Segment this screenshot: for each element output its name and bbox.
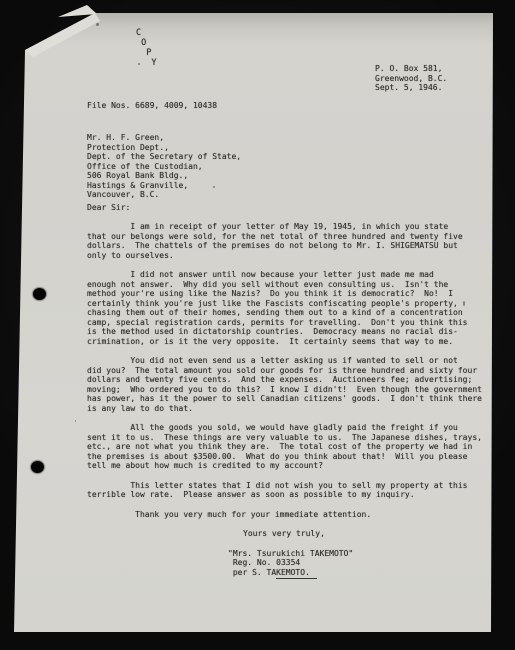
letter-body: I am in receipt of your letter of May 19… bbox=[87, 222, 491, 577]
paragraph-1: I am in receipt of your letter of May 19… bbox=[87, 222, 491, 260]
hole-punch-top bbox=[33, 288, 46, 300]
salutation: Dear Sir: bbox=[87, 203, 130, 213]
paragraph-5: This letter states that I did not wish y… bbox=[87, 481, 491, 500]
recipient-address: Mr. H. F. Green, Protection Dept., Dept.… bbox=[87, 133, 241, 200]
closing-phrase: Yours very truly, bbox=[243, 529, 491, 539]
return-address: P. O. Box 581, Greenwood, B.C. Sept. 5, … bbox=[375, 64, 447, 93]
signature-block: "Mrs. Tsurukichi TAKEMOTO" Reg. No. 0335… bbox=[228, 549, 491, 578]
paragraph-4: All the goods you sold, we would have gl… bbox=[87, 423, 491, 471]
hole-punch-bottom bbox=[31, 461, 44, 473]
scan-speck bbox=[75, 420, 76, 422]
file-reference-line: File Nos. 6689, 4009, 10438 bbox=[87, 101, 217, 111]
paragraph-3: You did not even send us a letter asking… bbox=[87, 356, 491, 413]
signature-underline bbox=[276, 578, 317, 579]
scan-background: C O P Y P. O. Box 581, Greenwood, B.C. S… bbox=[0, 0, 515, 650]
paragraph-2: I did not answer until now because your … bbox=[87, 270, 491, 346]
closing-thanks-line: Thank you very much for your immediate a… bbox=[87, 510, 491, 520]
copy-stamp: C O P Y bbox=[136, 28, 156, 68]
scan-speck bbox=[96, 23, 99, 26]
